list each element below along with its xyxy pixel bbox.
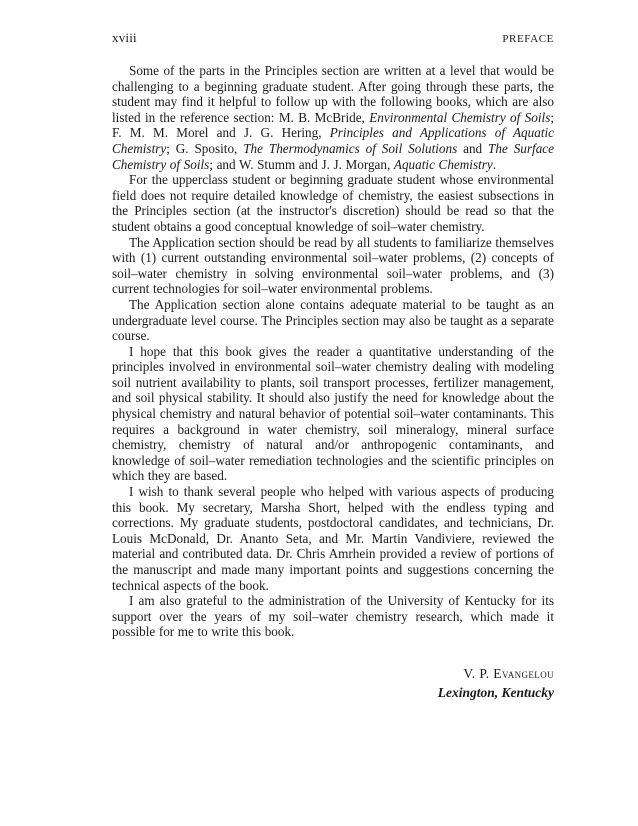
running-title: PREFACE [502, 33, 554, 45]
paragraph: I am also grateful to the administration… [112, 593, 554, 640]
paragraph: I wish to thank several people who helpe… [112, 484, 554, 593]
signature-block: V. P. Evangelou Lexington, Kentucky [112, 666, 554, 701]
paragraph: I hope that this book gives the reader a… [112, 344, 554, 484]
paragraph: The Application section should be read b… [112, 235, 554, 297]
author-location: Lexington, Kentucky [112, 685, 554, 701]
page-number: xviii [112, 30, 137, 46]
book-page: xviii PREFACE Some of the parts in the P… [0, 0, 638, 826]
preface-body: Some of the parts in the Principles sect… [112, 63, 554, 640]
paragraph: Some of the parts in the Principles sect… [112, 63, 554, 172]
paragraph: The Application section alone contains a… [112, 297, 554, 344]
author-name: V. P. Evangelou [112, 666, 554, 682]
running-head: xviii PREFACE [112, 30, 554, 46]
paragraph: For the upperclass student or beginning … [112, 172, 554, 234]
